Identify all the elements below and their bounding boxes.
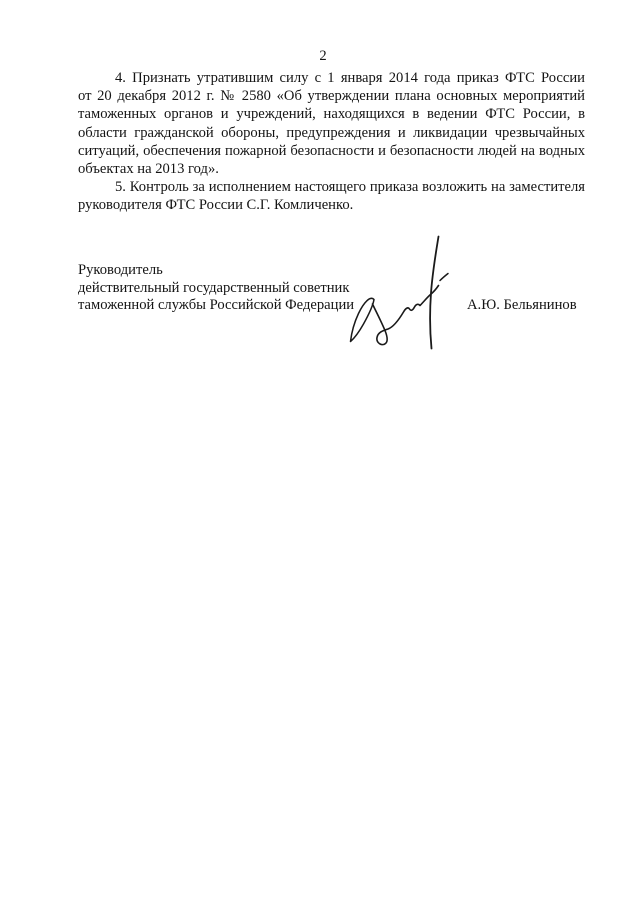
signatory-name: А.Ю. Бельянинов bbox=[467, 297, 577, 315]
paragraph-line: объектах на 2013 год». bbox=[78, 160, 585, 178]
paragraph-line: таможенных органов и учреждений, находящ… bbox=[78, 105, 585, 123]
paragraph-line: 5. Контроль за исполнением настоящего пр… bbox=[78, 178, 585, 196]
signature-vertical-stroke bbox=[430, 237, 438, 349]
document-body: 4. Признать утратившим силу с 1 января 2… bbox=[78, 69, 585, 215]
signature-flourish-stroke bbox=[373, 286, 439, 345]
paragraph-line: руководителя ФТС России С.Г. Комличенко. bbox=[78, 196, 585, 214]
paragraph-line: ситуаций, обеспечения пожарной безопасно… bbox=[78, 142, 585, 160]
paragraph-line: 4. Признать утратившим силу с 1 января 2… bbox=[78, 69, 585, 87]
handwritten-signature bbox=[344, 228, 464, 363]
signature-loop-stroke bbox=[351, 298, 375, 341]
page-number: 2 bbox=[78, 48, 568, 65]
paragraph-line: от 20 декабря 2012 г. № 2580 «Об утвержд… bbox=[78, 87, 585, 105]
paragraph-line: области гражданской обороны, предупрежде… bbox=[78, 124, 585, 142]
signature-dash-stroke bbox=[440, 274, 448, 281]
document-page: 2 4. Признать утратившим силу с 1 января… bbox=[0, 0, 640, 905]
paragraph-4: 4. Признать утратившим силу с 1 января 2… bbox=[78, 69, 585, 178]
paragraph-5: 5. Контроль за исполнением настоящего пр… bbox=[78, 178, 585, 214]
